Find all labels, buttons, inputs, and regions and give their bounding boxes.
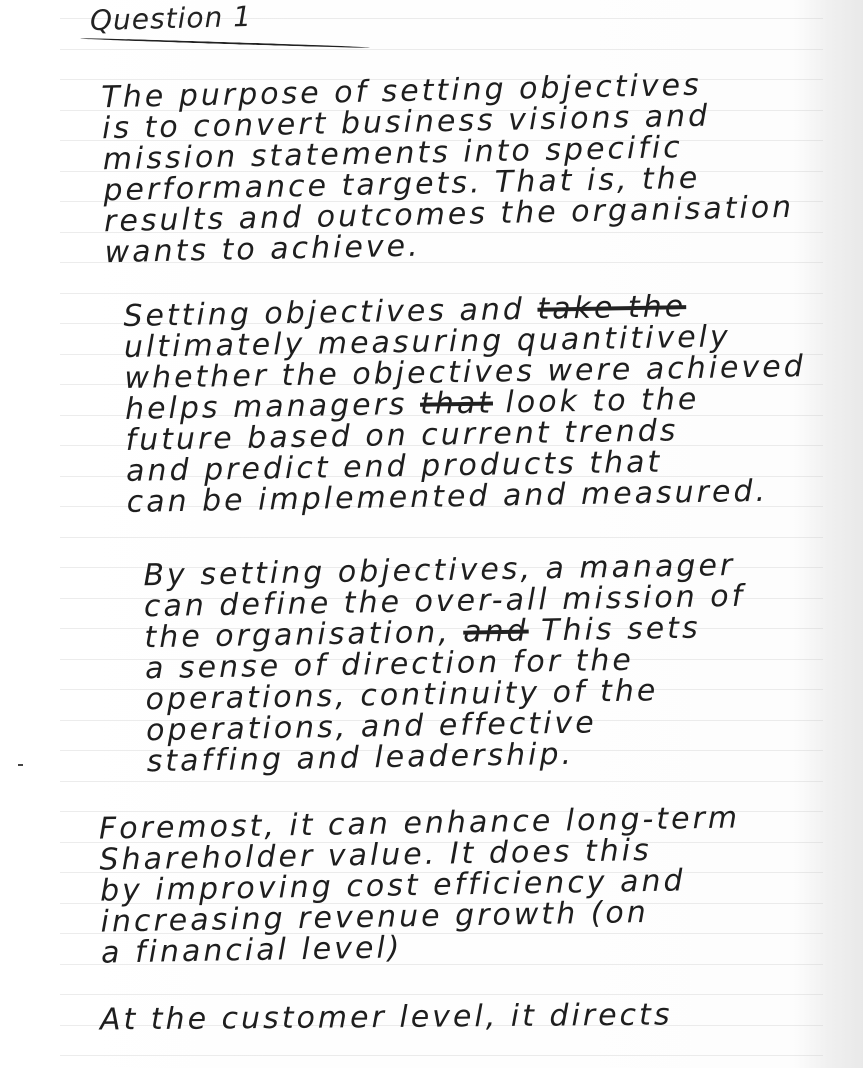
ruled-line: [60, 781, 823, 782]
text-line: staffing and leadership.: [146, 736, 748, 777]
ruled-line: [60, 537, 823, 538]
paragraph-customer-level: At the customer level, it directs: [100, 1000, 673, 1036]
paragraph-shareholder-value: Foremost, it can enhance long-termShareh…: [99, 802, 743, 968]
ruled-line: [60, 994, 823, 995]
ruled-line: [60, 49, 823, 50]
text-line: At the customer level, it directs: [100, 1000, 673, 1036]
question-heading: Question 1: [90, 0, 253, 37]
handwritten-page: Question 1 The purpose of setting object…: [0, 0, 863, 1068]
paragraph-measuring: Setting objectives and take theultimatel…: [123, 289, 808, 518]
heading-underline: [80, 37, 370, 48]
margin-mark: [18, 764, 23, 766]
ruled-line: [60, 1055, 823, 1056]
paragraph-direction: By setting objectives, a managercan defi…: [143, 550, 748, 777]
paragraph-purpose: The purpose of setting objectivesis to c…: [101, 68, 795, 268]
